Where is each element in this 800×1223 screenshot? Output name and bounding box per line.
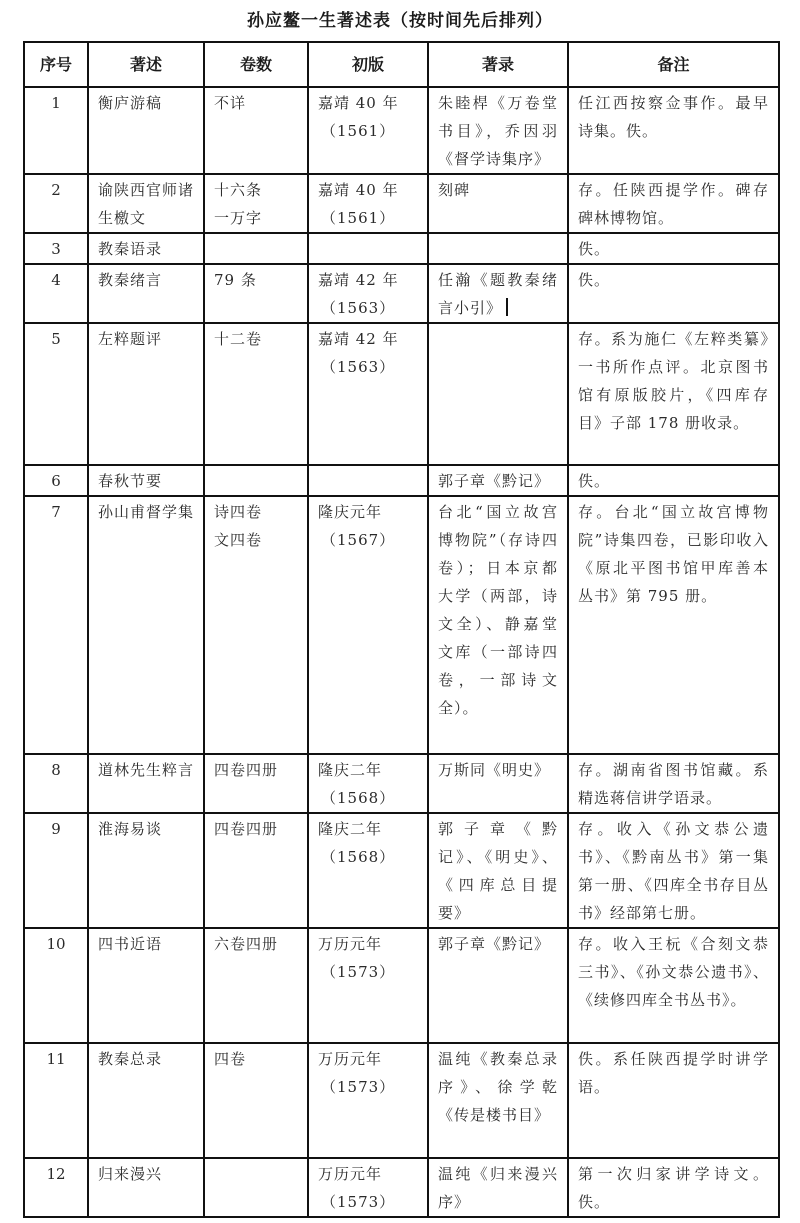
table-row: 12 归来漫兴 万历元年（1573） 温纯《归来漫兴序》 第一次归家讲学诗文。佚… [24, 1158, 779, 1217]
cell-volumes: 四卷四册 [204, 754, 308, 813]
cell-volumes [204, 233, 308, 264]
table-title: 孙应鳌一生著述表（按时间先后排列） [0, 6, 800, 31]
edition-year: （1568） [318, 784, 418, 812]
cell-no: 1 [24, 87, 88, 174]
cell-record: 任瀚《题教秦绪言小引》 [428, 264, 568, 323]
volumes-line: 诗四卷 [214, 498, 298, 526]
volumes-line: 十六条 [214, 176, 298, 204]
edition-era: 万历元年 [318, 1050, 382, 1068]
cell-work: 谕陕西官师诸生檄文 [88, 174, 204, 233]
header-no: 序号 [24, 42, 88, 87]
header-row: 序号 著述 卷数 初版 著录 备注 [24, 42, 779, 87]
cell-no: 6 [24, 465, 88, 496]
header-note: 备注 [568, 42, 779, 87]
cell-no: 7 [24, 496, 88, 754]
cell-record [428, 323, 568, 465]
works-table: 序号 著述 卷数 初版 著录 备注 1 衡庐游稿 不详 嘉靖 40 年（1561… [23, 41, 780, 1218]
cell-work: 衡庐游稿 [88, 87, 204, 174]
table-row: 2 谕陕西官师诸生檄文 十六条一万字 嘉靖 40 年（1561） 刻碑 存。任陕… [24, 174, 779, 233]
cell-volumes [204, 465, 308, 496]
cell-record: 温纯《教秦总录序》、徐学乾《传是楼书目》 [428, 1043, 568, 1158]
cell-note: 佚。 [568, 264, 779, 323]
cell-edition: 万历元年（1573） [308, 928, 428, 1043]
cell-note: 存。收入王杬《合刻文恭三书》、《孙文恭公遗书》、《续修四库全书丛书》。 [568, 928, 779, 1043]
edition-year: （1568） [318, 843, 418, 871]
cell-record [428, 233, 568, 264]
edition-era: 隆庆元年 [318, 503, 382, 521]
cell-note: 存。收入《孙文恭公遗书》、《黔南丛书》第一集第一册、《四库全书存目丛书》经部第七… [568, 813, 779, 928]
cell-work: 教秦总录 [88, 1043, 204, 1158]
edition-era: 嘉靖 40 年 [318, 181, 399, 199]
edition-era: 嘉靖 40 年 [318, 94, 399, 112]
cell-edition [308, 465, 428, 496]
cell-note: 存。任陕西提学作。碑存碑林博物馆。 [568, 174, 779, 233]
cell-record: 温纯《归来漫兴序》 [428, 1158, 568, 1217]
cell-no: 11 [24, 1043, 88, 1158]
cell-work: 教秦语录 [88, 233, 204, 264]
cell-no: 5 [24, 323, 88, 465]
table-row: 1 衡庐游稿 不详 嘉靖 40 年（1561） 朱睦桿《万卷堂书目》，乔因羽《督… [24, 87, 779, 174]
header-work: 著述 [88, 42, 204, 87]
text-cursor [506, 298, 508, 316]
cell-note: 第一次归家讲学诗文。佚。 [568, 1158, 779, 1217]
cell-note: 佚。系任陕西提学时讲学语。 [568, 1043, 779, 1158]
cell-note: 佚。 [568, 233, 779, 264]
cell-volumes: 不详 [204, 87, 308, 174]
cell-no: 3 [24, 233, 88, 264]
cell-volumes: 四卷 [204, 1043, 308, 1158]
edition-era: 嘉靖 42 年 [318, 330, 399, 348]
cell-volumes: 四卷四册 [204, 813, 308, 928]
cell-record: 郭子章《黔记》 [428, 928, 568, 1043]
table-row: 10 四书近语 六卷四册 万历元年（1573） 郭子章《黔记》 存。收入王杬《合… [24, 928, 779, 1043]
cell-work: 孙山甫督学集 [88, 496, 204, 754]
cell-edition: 嘉靖 40 年（1561） [308, 87, 428, 174]
edition-year: （1573） [318, 1188, 418, 1216]
cell-work: 归来漫兴 [88, 1158, 204, 1217]
cell-record: 郭子章《黔记》、《明史》、《四库总目提要》 [428, 813, 568, 928]
edition-year: （1573） [318, 1073, 418, 1101]
edition-era: 隆庆二年 [318, 820, 382, 838]
table-row: 5 左粹题评 十二卷 嘉靖 42 年（1563） 存。系为施仁《左粹类纂》一书所… [24, 323, 779, 465]
cell-edition: 隆庆二年（1568） [308, 813, 428, 928]
header-volumes: 卷数 [204, 42, 308, 87]
edition-year: （1573） [318, 958, 418, 986]
cell-edition: 嘉靖 42 年（1563） [308, 323, 428, 465]
cell-edition: 万历元年（1573） [308, 1158, 428, 1217]
edition-era: 嘉靖 42 年 [318, 271, 399, 289]
cell-note: 存。系为施仁《左粹类纂》一书所作点评。北京图书馆有原版胶片，《四库存目》子部 1… [568, 323, 779, 465]
volumes-line: 文四卷 [214, 526, 298, 554]
cell-record: 万斯同《明史》 [428, 754, 568, 813]
edition-era: 万历元年 [318, 935, 382, 953]
cell-edition: 嘉靖 40 年（1561） [308, 174, 428, 233]
edition-era: 万历元年 [318, 1165, 382, 1183]
cell-record: 郭子章《黔记》 [428, 465, 568, 496]
edition-era: 隆庆二年 [318, 761, 382, 779]
header-edition: 初版 [308, 42, 428, 87]
table-row: 3 教秦语录 佚。 [24, 233, 779, 264]
cell-edition: 隆庆二年（1568） [308, 754, 428, 813]
cell-edition: 嘉靖 42 年（1563） [308, 264, 428, 323]
edition-year: （1563） [318, 353, 418, 381]
cell-volumes: 六卷四册 [204, 928, 308, 1043]
cell-note: 存。台北“国立故宫博物院”诗集四卷，已影印收入《原北平图书馆甲库善本丛书》第 7… [568, 496, 779, 754]
cell-no: 9 [24, 813, 88, 928]
cell-record: 刻碑 [428, 174, 568, 233]
cell-work: 道林先生粹言 [88, 754, 204, 813]
cell-no: 2 [24, 174, 88, 233]
cell-volumes: 十六条一万字 [204, 174, 308, 233]
header-record: 著录 [428, 42, 568, 87]
cell-note: 任江西按察佥事作。最早诗集。佚。 [568, 87, 779, 174]
cell-edition: 万历元年（1573） [308, 1043, 428, 1158]
cell-note: 存。湖南省图书馆藏。系精选蒋信讲学语录。 [568, 754, 779, 813]
cell-record: 台北“国立故宫博物院”（存诗四卷）；日本京都大学（两部，诗文全）、静嘉堂文库（一… [428, 496, 568, 754]
cell-no: 8 [24, 754, 88, 813]
volumes-line: 一万字 [214, 204, 298, 232]
cell-volumes: 十二卷 [204, 323, 308, 465]
cell-no: 4 [24, 264, 88, 323]
cell-edition [308, 233, 428, 264]
cell-work: 教秦绪言 [88, 264, 204, 323]
table-row: 4 教秦绪言 79 条 嘉靖 42 年（1563） 任瀚《题教秦绪言小引》 佚。 [24, 264, 779, 323]
cell-no: 12 [24, 1158, 88, 1217]
cell-volumes [204, 1158, 308, 1217]
edition-year: （1561） [318, 117, 418, 145]
cell-edition: 隆庆元年（1567） [308, 496, 428, 754]
edition-year: （1561） [318, 204, 418, 232]
cell-work: 春秋节要 [88, 465, 204, 496]
edition-year: （1563） [318, 294, 418, 322]
cell-work: 淮海易谈 [88, 813, 204, 928]
table-row: 11 教秦总录 四卷 万历元年（1573） 温纯《教秦总录序》、徐学乾《传是楼书… [24, 1043, 779, 1158]
cell-work: 左粹题评 [88, 323, 204, 465]
table-row: 8 道林先生粹言 四卷四册 隆庆二年（1568） 万斯同《明史》 存。湖南省图书… [24, 754, 779, 813]
table-row: 9 淮海易谈 四卷四册 隆庆二年（1568） 郭子章《黔记》、《明史》、《四库总… [24, 813, 779, 928]
table-row: 6 春秋节要 郭子章《黔记》 佚。 [24, 465, 779, 496]
cell-note: 佚。 [568, 465, 779, 496]
edition-year: （1567） [318, 526, 418, 554]
cell-work: 四书近语 [88, 928, 204, 1043]
cell-record: 朱睦桿《万卷堂书目》，乔因羽《督学诗集序》 [428, 87, 568, 174]
table-row: 7 孙山甫督学集 诗四卷文四卷 隆庆元年（1567） 台北“国立故宫博物院”（存… [24, 496, 779, 754]
cell-volumes: 79 条 [204, 264, 308, 323]
cell-volumes: 诗四卷文四卷 [204, 496, 308, 754]
cell-no: 10 [24, 928, 88, 1043]
